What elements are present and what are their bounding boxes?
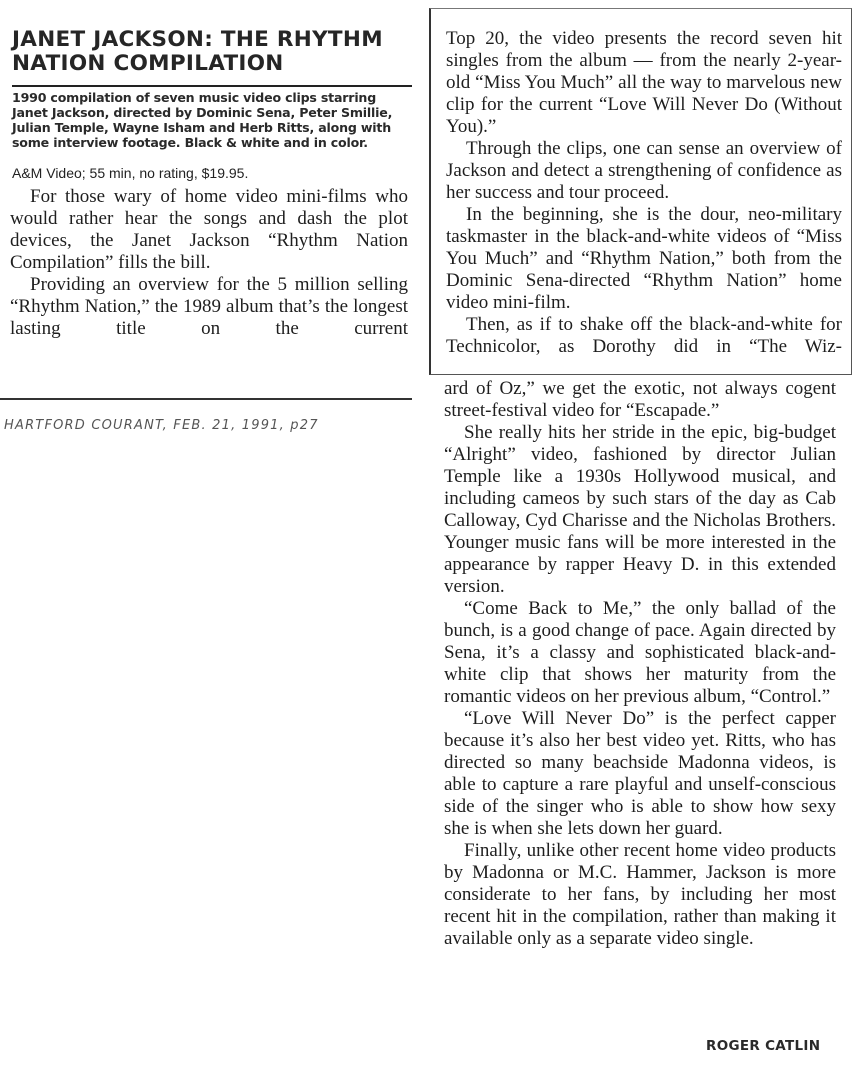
article-headline: JANET JACKSON: THE RHYTHM NATION COMPILA… (12, 28, 412, 76)
paragraph: Through the clips, one can sense an over… (446, 138, 842, 204)
paragraph: For those wary of home video mini-films … (10, 186, 408, 274)
release-info: A&M Video; 55 min, no rating, $19.95. (12, 165, 412, 181)
headline-rule (12, 85, 412, 87)
paragraph: Providing an overview for the 5 million … (10, 274, 408, 340)
paragraph: ard of Oz,” we get the exotic, not alway… (444, 378, 836, 422)
paragraph: She really hits her stride in the epic, … (444, 422, 836, 598)
paragraph: Top 20, the video presents the record se… (446, 28, 842, 138)
right-column-bottom-body: ard of Oz,” we get the exotic, not alway… (444, 378, 836, 950)
paragraph: In the beginning, she is the dour, neo-m… (446, 204, 842, 314)
paragraph: Finally, unlike other recent home video … (444, 840, 836, 950)
paragraph: Then, as if to shake off the black-and-w… (446, 314, 842, 358)
column-bottom-rule (0, 398, 412, 400)
left-column-body: For those wary of home video mini-films … (10, 186, 408, 340)
author-byline: ROGER CATLIN (706, 1038, 820, 1054)
paragraph: “Come Back to Me,” the only ballad of th… (444, 598, 836, 708)
right-column-top-body: Top 20, the video presents the record se… (446, 28, 842, 358)
article-summary: 1990 compilation of seven music video cl… (12, 90, 412, 150)
paragraph: “Love Will Never Do” is the perfect capp… (444, 708, 836, 840)
handwritten-source-note: HARTFORD COURANT, FEB. 21, 1991, p27 (4, 418, 319, 433)
